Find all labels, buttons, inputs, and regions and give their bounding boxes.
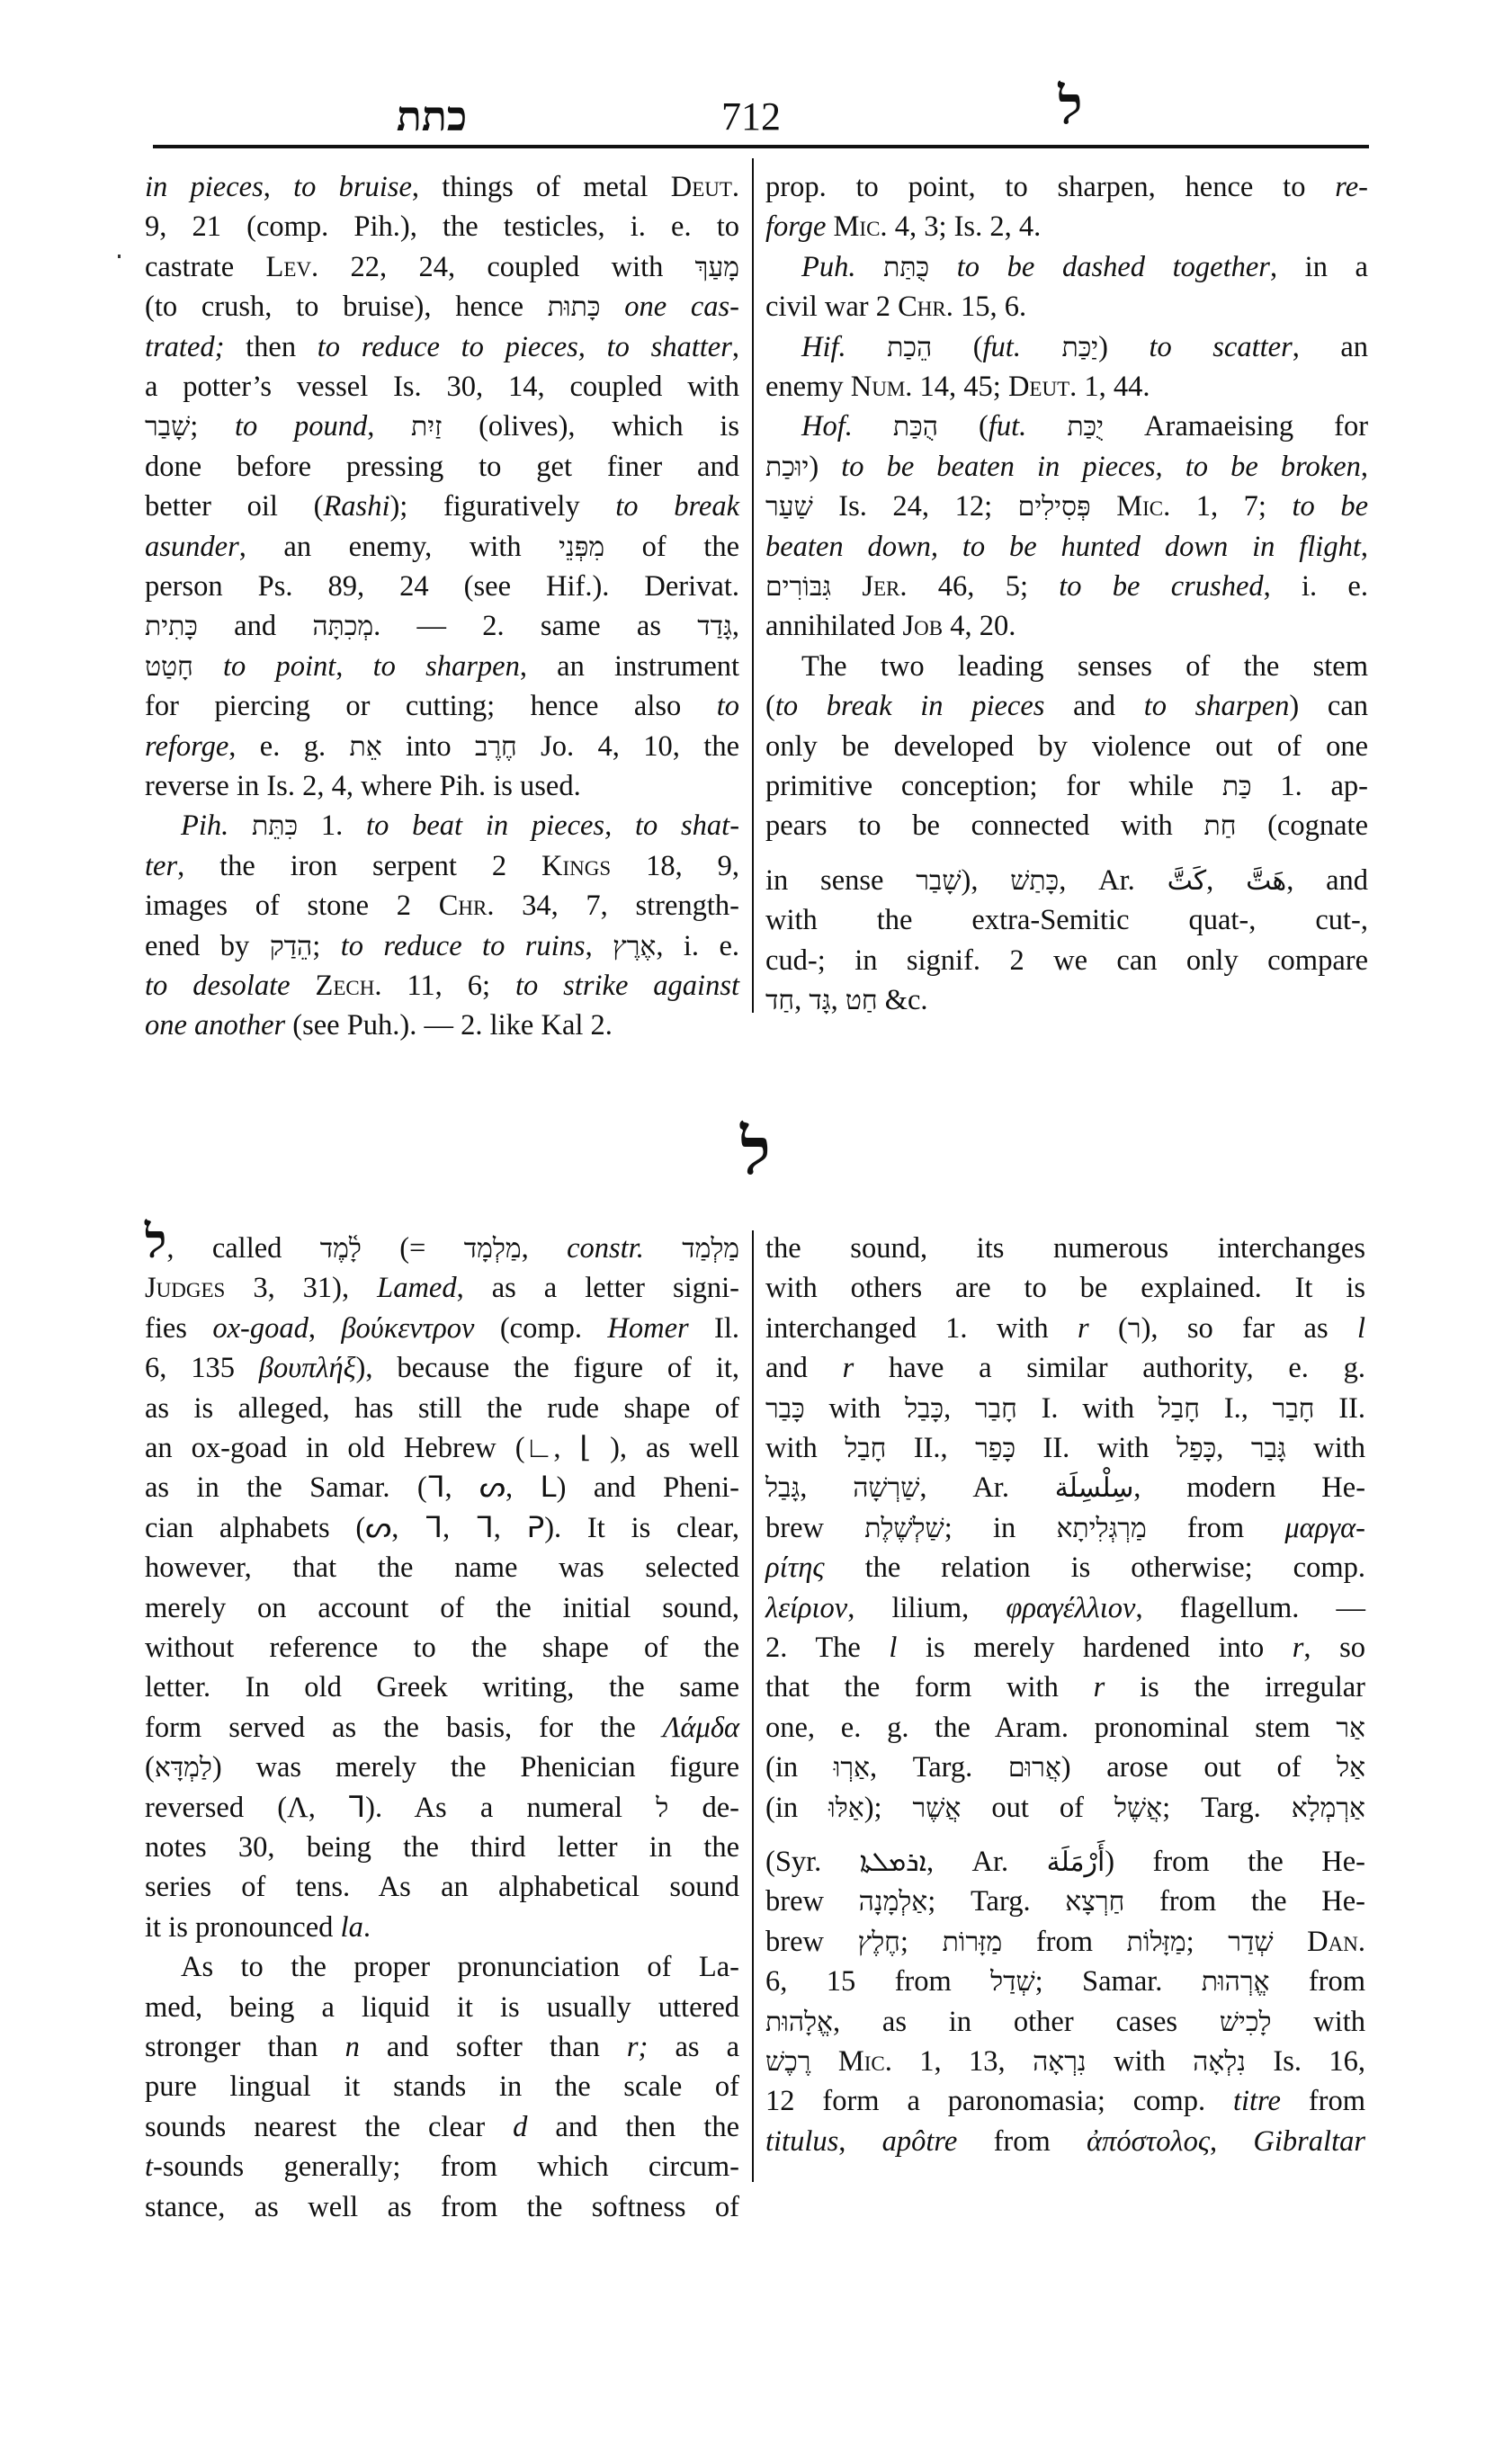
text-run: better oil ( — [145, 490, 323, 523]
italic-run: t — [145, 2150, 153, 2183]
text-run: images of stone 2 — [145, 890, 439, 922]
text-line: with חָבַל II., כָּפַר II. with כָּפַל, … — [765, 1428, 1365, 1468]
hebrew-run: מַזָּלוֹת — [1127, 1927, 1186, 1958]
text-run: from — [1002, 1926, 1126, 1958]
hebrew-run: לָ֫מֶד — [320, 1233, 362, 1265]
text-run: 11, 6; — [381, 970, 515, 1002]
text-line: reversed (Λ, ⅂). As a numeral ל de- — [145, 1788, 739, 1828]
text-run: The two leading senses of the stem — [801, 650, 1368, 683]
text-run: (in — [765, 1792, 828, 1824]
italic-run: to sharpen — [373, 650, 520, 683]
text-run: , — [831, 984, 845, 1016]
text-line: primitive conception; for while כַּת 1. … — [765, 766, 1368, 806]
text-line: stance, as well as from the softness of — [145, 2187, 739, 2227]
text-line: better oil (Rashi); figuratively to brea… — [145, 487, 739, 526]
text-run: (= — [362, 1232, 464, 1265]
text-line: 2. The l is merely hardened into r, so — [765, 1628, 1365, 1668]
italic-run: Hof. — [801, 410, 853, 443]
text-run: 18, 9, — [611, 850, 739, 882]
text-run: 22, 24, coupled with — [318, 251, 694, 283]
hebrew-run: הֵכַת — [887, 332, 932, 363]
text-run: and — [1044, 690, 1143, 722]
hebrew-run: מִפְּנֵי — [559, 532, 604, 563]
hebrew-run: נִרְאָה — [1033, 2046, 1087, 2078]
text-run — [1026, 410, 1067, 443]
hebrew-run: אַרְמְלָא — [1292, 1793, 1365, 1824]
text-run: is the irregular — [1105, 1671, 1365, 1703]
italic-run: to bruise — [293, 171, 412, 203]
text-line: the sound, its numerous interchanges — [765, 1229, 1365, 1268]
upper-right-column: prop. to point, to sharpen, hence to re-… — [765, 167, 1368, 1067]
text-run: ), — [962, 864, 1011, 897]
hebrew-run: שַׁעַר — [765, 491, 813, 523]
text-run: (Syr. — [765, 1846, 860, 1878]
text-run: de- — [668, 1792, 739, 1824]
italic-run: to be dashed together — [957, 251, 1270, 283]
hebrew-run: הֻכַּת — [893, 411, 938, 443]
hebrew-run: חֶלֶץ — [858, 1927, 900, 1958]
text-run: cud-; in signif. 2 we can only compare — [765, 944, 1368, 977]
text-run: , — [838, 2125, 881, 2158]
hebrew-run: אַר — [1336, 1712, 1365, 1744]
text-run: , — [264, 171, 293, 203]
hebrew-run: חַת — [1204, 810, 1237, 842]
page-number: 712 — [697, 90, 805, 144]
text-run: out of — [961, 1792, 1114, 1824]
text-run: (cognate — [1236, 809, 1368, 842]
italic-run: reforge — [145, 730, 228, 763]
text-line: reverse in Is. 2, 4, where Pih. is used. — [145, 766, 739, 806]
text-run: , and — [1286, 864, 1368, 897]
text-line: גִּבּוֹרִים Jer. 46, 5; to be crushed, i… — [765, 567, 1368, 606]
text-line: 12 form a paronomasia; comp. titre from — [765, 2081, 1365, 2121]
text-run — [831, 570, 862, 603]
text-line: ל, called לָ֫מֶד (= מַלְמָד, constr. מַל… — [145, 1229, 739, 1268]
italic-run: Gibraltar — [1253, 2125, 1365, 2158]
hebrew-run: אֲרוּם — [1008, 1752, 1061, 1784]
text-run: 1, 13, — [892, 2045, 1033, 2078]
italic-run: to pound — [235, 410, 367, 443]
text-run: , — [1206, 864, 1246, 897]
text-line: כָּבַר with כָּבַל, חָבַר I. with חָבַל … — [765, 1389, 1365, 1428]
text-run — [600, 291, 624, 323]
text-line: med, being a liquid it is usually uttere… — [145, 1988, 739, 2027]
text-run: , — [522, 1232, 568, 1265]
text-run: with — [1271, 2006, 1365, 2038]
italic-run: d — [513, 2111, 527, 2143]
text-run: ) — [1098, 331, 1149, 363]
section-letter-lamed: ל — [733, 1112, 778, 1193]
text-run: As to the proper pronunciation of La- — [181, 1951, 739, 1983]
hebrew-run: מְכִתָּה — [312, 611, 373, 642]
text-line: without reference to the shape of the — [145, 1628, 739, 1668]
text-run: , i. e. — [1264, 570, 1368, 603]
text-run: sounds nearest the clear — [145, 2111, 513, 2143]
upper-column-divider — [752, 158, 754, 1013]
hebrew-run: שְׁדַל — [990, 1966, 1035, 1998]
text-run: then — [246, 331, 318, 363]
text-line: one, e. g. the Aram. pronominal stem אַר — [765, 1708, 1365, 1748]
text-line: and r have a similar authority, e. g. — [765, 1348, 1365, 1388]
italic-run: r — [1293, 1632, 1304, 1664]
text-run: I., — [1200, 1392, 1273, 1425]
text-run: ), so far as — [1141, 1312, 1357, 1345]
text-run: , as a letter signi- — [457, 1272, 739, 1304]
italic-run: n — [345, 2031, 360, 2063]
text-run: (see Puh.). — 2. like Kal 2. — [285, 1009, 613, 1042]
text-line: titulus, apôtre from ἀπόστολος, Gibralta… — [765, 2122, 1365, 2161]
text-line: person Ps. 89, 24 (see Hif.). Derivat. — [145, 567, 739, 606]
text-run: , e. g. — [228, 730, 349, 763]
text-run: of the — [604, 531, 739, 563]
text-run: brew — [765, 1926, 858, 1958]
text-line: שַׁעַר Is. 24, 12; פְּסִילִים Mic. 1, 7;… — [765, 487, 1368, 526]
text-line: prop. to point, to sharpen, hence to re- — [765, 167, 1368, 207]
text-run: 1. — [298, 809, 366, 842]
text-run: , — [944, 1392, 975, 1425]
small-caps-run: Chr. — [439, 890, 495, 922]
hebrew-run: מַלְמָד — [464, 1233, 522, 1265]
text-line: as in the Samar. (ᒣ, ᔕ, ᒪ) and Pheni- — [145, 1468, 739, 1507]
text-run: have a similar authority, e. g. — [854, 1352, 1365, 1384]
italic-run: to sharpen — [1144, 690, 1290, 722]
hebrew-run: חֶרֶב — [475, 731, 517, 763]
text-run: stronger than — [145, 2031, 345, 2063]
text-run: ); figuratively — [389, 490, 615, 523]
italic-run: βούκεντρον — [341, 1312, 474, 1345]
hebrew-run: נִלְאָה — [1193, 2046, 1246, 2078]
text-run: Is. 16, — [1246, 2045, 1365, 2078]
text-line: a potter’s vessel Is. 30, 14, coupled wi… — [145, 367, 739, 407]
text-run: from — [1269, 1965, 1365, 1998]
text-run: , — [367, 410, 411, 443]
text-run: , the iron serpent 2 — [177, 850, 541, 882]
small-caps-run: Mic. — [838, 2045, 892, 2078]
text-line: cud-; in signif. 2 we can only compare — [765, 941, 1368, 980]
text-run: ; Samar. — [1035, 1965, 1202, 1998]
text-line: (in אַרְוּ, Targ. אֲרוּם) arose out of א… — [765, 1748, 1365, 1787]
text-line: enemy Num. 14, 45; Deut. 1, 44. — [765, 367, 1368, 407]
text-line: one another (see Puh.). — 2. like Kal 2. — [145, 1006, 739, 1045]
text-run: , Ar. — [919, 1471, 1054, 1504]
hebrew-run: חַט — [845, 985, 878, 1016]
text-run: is merely hardened into — [897, 1632, 1292, 1664]
hebrew-run: أَرْمَلَة — [1047, 1846, 1105, 1878]
italic-run: asunder — [145, 531, 239, 563]
small-caps-run: Kings — [541, 850, 611, 882]
text-line: pears to be connected with חַת (cognate — [765, 806, 1368, 845]
text-run: with the extra-Semitic quat-, cut-, — [765, 904, 1368, 936]
text-run: and softer than — [360, 2031, 627, 2063]
text-line: notes 30, being the third letter in the — [145, 1828, 739, 1867]
hebrew-run: זַיִת — [411, 411, 442, 443]
text-line: (in אַלּוּ); אֲשֶׁר out of אֲשֶׁל; Targ.… — [765, 1788, 1365, 1828]
text-run: and then the — [527, 2111, 739, 2143]
text-run: ); — [864, 1792, 913, 1824]
hebrew-run: חָטַט — [145, 651, 193, 683]
text-run: Jo. 4, 10, the — [517, 730, 739, 763]
text-run: 4, 3; Is. 2, 4. — [888, 210, 1042, 243]
text-run: annihilated — [765, 610, 903, 642]
small-caps-run: Deut. — [1008, 371, 1077, 403]
text-line: (Syr. ܐܪܡܠܬܐ, Ar. أَرْمَلَة) from the He… — [765, 1842, 1365, 1882]
text-run: 12 form a paronomasia; comp. — [765, 2085, 1233, 2117]
text-run — [810, 2045, 837, 2078]
hebrew-run: כָּתוּת — [548, 291, 601, 323]
hebrew-run: שְׁדַר — [1228, 1927, 1273, 1958]
text-run: ) arose out of — [1061, 1751, 1337, 1784]
italic-run: to be — [1293, 490, 1369, 523]
italic-run: βουπλήξ — [259, 1352, 356, 1384]
text-run: pure lingual it stands in the scale of — [145, 2070, 739, 2103]
text-run: , as in other cases — [833, 2006, 1220, 2038]
text-run: ), because the figure of it, — [356, 1352, 739, 1384]
hebrew-run: שָׁבַר — [145, 411, 190, 443]
text-run: pears to be connected with — [765, 809, 1204, 842]
text-run: II. — [1314, 1392, 1365, 1425]
text-run: castrate — [145, 251, 266, 283]
hebrew-run: חַד — [765, 985, 794, 1016]
small-caps-run: Chr. — [898, 291, 953, 323]
italic-run: ter — [145, 850, 177, 882]
small-caps-run: Mic. — [1116, 490, 1170, 523]
small-caps-run: Zech. — [315, 970, 381, 1002]
text-run: series of tens. As an alphabetical sound — [145, 1871, 739, 1903]
text-run: I. with — [1017, 1392, 1159, 1425]
text-line: stronger than n and softer than r; as a — [145, 2027, 739, 2067]
text-line: 6, 15 from שְׁדַל; Samar. אֱרְהוּת from — [765, 1962, 1365, 2001]
text-run: civil war 2 — [765, 291, 898, 323]
text-line: (to crush, to bruise), hence כָּתוּת one… — [145, 287, 739, 326]
text-line: רֶכֶשׁ Mic. 1, 13, נִרְאָה with נִלְאָה … — [765, 2042, 1365, 2081]
italic-run: to break — [615, 490, 739, 523]
text-run: med, being a liquid it is usually uttere… — [145, 1991, 739, 2024]
hebrew-run: לָכִישׁ — [1220, 2007, 1272, 2038]
hebrew-run: מָעַךְ — [695, 252, 739, 283]
text-run: , — [1216, 1432, 1251, 1464]
hebrew-run: גָּבַר — [1251, 1433, 1286, 1464]
italic-run: to be crushed — [1059, 570, 1263, 603]
margin-mark — [118, 255, 121, 258]
header-rule — [153, 145, 1369, 148]
text-run: ; in — [944, 1512, 1057, 1544]
text-run: 6, 15 from — [765, 1965, 990, 1998]
text-run — [1274, 1926, 1308, 1958]
text-line: חָטַט to point, to sharpen, an instrumen… — [145, 647, 739, 686]
text-run: 46, 5; — [908, 570, 1060, 603]
text-run: 15, 6. — [953, 291, 1026, 323]
hebrew-run: יוּכַת — [765, 452, 809, 483]
text-line: an ox-goad in old Hebrew (∟, ⌊ ), as wel… — [145, 1428, 739, 1468]
italic-run: to reduce to ruins — [341, 930, 586, 962]
text-run: ( — [1089, 1312, 1128, 1345]
lower-right-column: the sound, its numerous interchangeswith… — [765, 1229, 1365, 2218]
text-run: notes 30, being the third letter in the — [145, 1831, 739, 1864]
text-line: t-sounds generally; from which circum- — [145, 2147, 739, 2186]
text-line: cian alphabets (ᔕ, ᒣ, ᒣ, ᕈ). It is clear… — [145, 1508, 739, 1548]
hebrew-run: כִּתֵּת — [252, 810, 298, 842]
text-run: from the He- — [1124, 1885, 1365, 1918]
text-run — [853, 410, 893, 443]
text-line: series of tens. As an alphabetical sound — [145, 1867, 739, 1907]
italic-run: μαργα- — [1284, 1512, 1365, 1544]
text-run — [826, 210, 833, 243]
italic-run: to point — [223, 650, 336, 683]
text-line: annihilated Job 4, 20. — [765, 606, 1368, 646]
text-run: brew — [765, 1885, 859, 1918]
hebrew-run: אַלּוּ — [828, 1793, 864, 1824]
text-run: in sense — [765, 864, 916, 897]
text-run: , an enemy, with — [239, 531, 559, 563]
text-run: , Ar. — [1059, 864, 1167, 897]
text-line: images of stone 2 Chr. 34, 7, strength- — [145, 886, 739, 925]
text-line: reforge, e. g. אֵת into חֶרֶב Jo. 4, 10,… — [145, 727, 739, 766]
text-run: from — [1281, 2085, 1365, 2117]
text-run: ; — [900, 1926, 943, 1958]
italic-run: r — [843, 1352, 854, 1384]
text-run: 34, 7, strength- — [494, 890, 739, 922]
text-run: (olives), which is — [442, 410, 739, 443]
text-line: in pieces, to bruise, things of metal De… — [145, 167, 739, 207]
text-run: , Targ. — [870, 1751, 1008, 1784]
text-line: The two leading senses of the stem — [765, 647, 1368, 686]
text-run — [644, 1232, 682, 1265]
text-line: merely on account of the initial sound, — [145, 1588, 739, 1628]
italic-run: ρίτης — [765, 1551, 825, 1584]
italic-run: to — [717, 690, 739, 722]
hebrew-run: חָבַר — [975, 1393, 1017, 1425]
small-caps-run: Job — [903, 610, 944, 642]
text-line: ρίτης the relation is otherwise; comp. — [765, 1548, 1365, 1587]
text-line: to desolate Zech. 11, 6; to strike again… — [145, 966, 739, 1006]
text-line: civil war 2 Chr. 15, 6. — [765, 287, 1368, 326]
italic-run: ox-goad — [212, 1312, 309, 1345]
text-line: trated; then to reduce to pieces, to sha… — [145, 327, 739, 367]
hebrew-run: אֲשֶׁל — [1114, 1793, 1162, 1824]
text-line: interchanged 1. with r (ר), so far as l — [765, 1309, 1365, 1348]
italic-run: one another — [145, 1009, 285, 1042]
text-run: ; — [312, 930, 340, 962]
hebrew-run: כַּת — [1222, 771, 1252, 802]
text-run — [929, 251, 957, 283]
italic-run: la — [341, 1911, 363, 1944]
lower-left-column: ל, called לָ֫מֶד (= מַלְמָד, constr. מַל… — [145, 1229, 739, 2218]
italic-run: Hif. — [801, 331, 846, 363]
hebrew-run: שָׁבַר — [916, 865, 961, 897]
text-line: (לַמְדָּא) was merely the Phenician figu… — [145, 1748, 739, 1787]
text-run: , an — [1293, 331, 1368, 363]
text-run: a potter’s vessel Is. 30, 14, coupled wi… — [145, 371, 739, 403]
text-run: with others are to be explained. It is — [765, 1272, 1365, 1304]
text-run: Il. — [689, 1312, 739, 1345]
text-run: done before pressing to get finer and — [145, 451, 739, 483]
text-run: 1, 7; — [1170, 490, 1292, 523]
italic-run: to be beaten in pieces, to be broken — [841, 451, 1361, 483]
italic-run: constr. — [567, 1232, 644, 1265]
italic-run: forge — [765, 210, 826, 243]
text-run: 4, 20. — [943, 610, 1015, 642]
text-line: As to the proper pronunciation of La- — [145, 1947, 739, 1987]
text-run: ; Targ. — [1162, 1792, 1292, 1824]
text-line: שָׁבַר; to pound, זַיִת (olives), which … — [145, 407, 739, 446]
text-run: ) from the He- — [1105, 1846, 1365, 1878]
italic-run: l — [1357, 1312, 1365, 1345]
text-run: form served as the basis, for the — [145, 1712, 663, 1744]
text-run: fies — [145, 1312, 212, 1345]
italic-run: λείριον — [765, 1592, 847, 1624]
text-run: , modern He- — [1133, 1471, 1365, 1504]
text-run: , — [336, 650, 372, 683]
text-run: with — [805, 1392, 905, 1425]
text-line: with others are to be explained. It is — [765, 1268, 1365, 1308]
text-run: with — [1087, 2045, 1194, 2078]
upper-left-column: in pieces, to bruise, things of metal De… — [145, 167, 739, 1049]
text-line: Judges 3, 31), Lamed, as a letter signi- — [145, 1268, 739, 1308]
hebrew-run: גִּבּוֹרִים — [765, 571, 831, 603]
text-run: 1. ap- — [1252, 770, 1368, 802]
small-caps-run: Num. — [851, 371, 913, 403]
italic-run: fut. — [989, 410, 1026, 443]
text-line: with the extra-Semitic quat-, cut-, — [765, 900, 1368, 940]
text-run: with — [1286, 1432, 1365, 1464]
text-line: כָּתִית and מְכִתָּה. — 2. same as גָּדַ… — [145, 606, 739, 646]
text-run: and — [198, 610, 312, 642]
text-line: λείριον, lilium, φραγέλλιον, flagellum. … — [765, 1588, 1365, 1628]
text-run: ) — [809, 451, 841, 483]
italic-run: Λάμδα — [663, 1712, 739, 1744]
text-run: only be developed by violence out of one — [765, 730, 1368, 763]
text-line: אֱלָהוּת, as in other cases לָכִישׁ with — [765, 2002, 1365, 2042]
hebrew-run: ܐܪܡܠܬܐ — [860, 1846, 926, 1878]
text-run: , things of metal — [412, 171, 671, 203]
italic-run: r — [1078, 1312, 1089, 1345]
hebrew-run: כָּפַל — [1176, 1433, 1216, 1464]
text-run: cian alphabets (ᔕ, ᒣ, ᒣ, ᕈ). It is clear… — [145, 1512, 739, 1544]
text-run: ; — [190, 410, 235, 443]
text-run: Is. 24, 12; — [813, 490, 1018, 523]
hebrew-run: ל — [656, 1793, 668, 1824]
text-run: , flagellum. — — [1135, 1592, 1365, 1624]
italic-run: Pih. — [181, 809, 228, 842]
text-run: prop. to point, to sharpen, hence to — [765, 171, 1335, 203]
text-run: , Ar. — [926, 1846, 1047, 1878]
text-run: . — [363, 1911, 371, 1944]
text-line: letter. In old Greek writing, the same — [145, 1668, 739, 1707]
text-run: enemy — [765, 371, 851, 403]
text-run: 6, 135 — [145, 1352, 259, 1384]
hebrew-run: רֶכֶשׁ — [765, 2046, 810, 2078]
hebrew-run: هَتَّ — [1246, 865, 1286, 897]
text-run: as is alleged, has still the rude shape … — [145, 1392, 739, 1425]
text-run: , called — [166, 1232, 319, 1265]
text-run: 2. The — [765, 1632, 889, 1664]
hebrew-run: פְּסִילִים — [1018, 491, 1091, 523]
hebrew-run: מַלְמַד — [682, 1233, 739, 1265]
hebrew-run: יֻכַּת — [1067, 411, 1104, 443]
italic-run: Puh. — [801, 251, 855, 283]
hebrew-run: לַמְדָּא — [155, 1752, 212, 1784]
hebrew-run: חָבַל — [845, 1433, 886, 1464]
italic-run: φραγέλλιον — [1006, 1592, 1135, 1624]
hebrew-run: אֱרְהוּת — [1202, 1966, 1270, 1998]
italic-run: titre — [1233, 2085, 1281, 2117]
hebrew-run: גָּבַל — [765, 1472, 800, 1504]
text-run: into — [382, 730, 475, 763]
hebrew-run: אֲשֶׁר — [913, 1793, 962, 1824]
text-line: that the form with r is the irregular — [765, 1668, 1365, 1707]
italic-run: r; — [627, 2031, 648, 2063]
text-line: as is alleged, has still the rude shape … — [145, 1389, 739, 1428]
